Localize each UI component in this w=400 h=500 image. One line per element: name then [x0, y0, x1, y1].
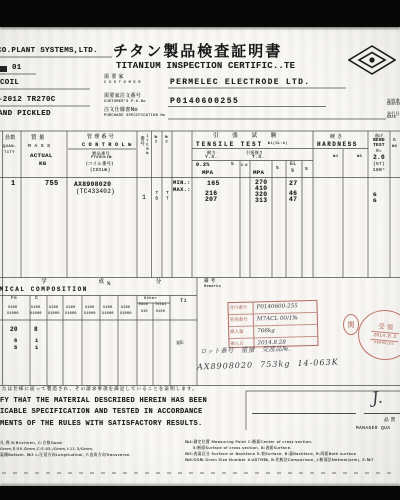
chem-ti-header: Ti — [180, 299, 187, 304]
chem-val-r1c0: 6 — [14, 339, 18, 344]
chem-col1-scale1: X100 — [31, 307, 40, 310]
po-label-en: CUSTOMER'S P.O.No — [104, 101, 146, 105]
title-english: TITANIUM INSPECTION CERTIFIC..TE — [116, 62, 295, 71]
chem-col4-scale2: X1000 — [84, 313, 96, 316]
chem-other-scale2: X100 — [156, 310, 165, 313]
chem-col6-scale1: X100 — [121, 307, 130, 310]
footnote-right-1: №4:測定位置 Measuring Point C:断面Center of cr… — [185, 440, 313, 444]
doc-number: 01 — [12, 65, 22, 73]
chem-col5-scale2: X1000 — [102, 313, 114, 316]
footnote-left-1: 凡.例 B:Brichnen, C:合格Good. — [0, 441, 63, 445]
certify-statement-line3: MENTS OF THE RULES WITH SATISFACTORY RES… — [0, 421, 203, 428]
direction-td: TD — [154, 191, 159, 202]
signer-title-jp: 品 質 — [384, 419, 396, 424]
manager-signature: J. — [371, 389, 383, 406]
quantity-header-jp: 員数 — [5, 136, 16, 141]
product-no-en: Product№ — [91, 157, 112, 161]
stamp-row-label: 受付番号 — [228, 303, 253, 315]
chem-col2-scale2: X1000 — [48, 313, 60, 316]
round-stamp-top-text: 受 領 — [378, 323, 394, 331]
quantity-header-en1: QUAN- — [3, 145, 17, 149]
customer-label-en: C U S T O M E R — [104, 82, 141, 86]
no6-header: №6 — [392, 146, 397, 150]
coil-no-value: (TC433402) — [76, 189, 115, 195]
tensile-header-en: TENSILE TEST — [196, 142, 263, 148]
item-no-header-jp: 番号 — [139, 136, 144, 146]
el-spec-value: 27 — [289, 181, 298, 188]
certificate-no-label-en: CERTIF — [387, 104, 400, 107]
finish-note: AND PICKLED — [0, 111, 51, 119]
maker-logo-icon — [348, 45, 396, 75]
stamp-row-label: 管理番号 — [229, 315, 254, 327]
chem-title-pct: % — [107, 281, 111, 287]
spec-code: -2012 TR270C — [0, 97, 56, 105]
signer-title-en: MANAGER QUA — [356, 427, 390, 431]
col-no2-header: №2 — [154, 136, 158, 145]
chem-col3-scale2: X1000 — [65, 313, 77, 316]
stamp-row-label: 搬入量 — [229, 326, 254, 338]
redaction-mark — [0, 66, 7, 72]
chem-col1-header: C — [35, 297, 38, 302]
letterbox-bottom — [0, 486, 400, 500]
ys-pct-header: % — [231, 163, 234, 167]
control-header-jp: 管 理 番 号 — [87, 135, 114, 140]
letterbox-top — [0, 0, 400, 27]
chem-col0-scale2: X1000 — [7, 313, 19, 316]
direction-tt: TT — [164, 191, 169, 202]
gcol-header: G — [393, 139, 396, 144]
hardness-no5: №5 — [357, 156, 362, 160]
chem-title-en: CHEMICAL COMPOSITION — [0, 287, 88, 293]
mass-header-en: M A S S — [28, 145, 50, 150]
remarks-label-en: Remarks — [204, 286, 221, 290]
control-header-en: C O N T R O L № — [82, 143, 132, 148]
chem-val-r2c1: 1 — [35, 346, 39, 351]
footnote-right-2: S:断面Surface of cross section, B:表面Surfac… — [193, 446, 292, 450]
ys-header-en: Y.S. — [205, 156, 218, 161]
mass-header-jp: 質 量 — [31, 136, 45, 142]
certify-statement-line2: ICABLE SPECIFICATION AND TESTED IN ACCOR… — [0, 409, 203, 416]
bend-header-en2: TEST — [368, 144, 390, 148]
certify-statement-line1: FY THAT THE MATERIAL DESCRIBED HEREIN HA… — [0, 398, 207, 405]
footnote-right-4: №6:GS№ Grain Size Number A:ASTM№, B:比較法C… — [185, 458, 374, 462]
chem-title-jp: 化 学 成 分 — [0, 280, 186, 286]
ts-tt-value: 313 — [255, 198, 267, 204]
receiving-stamp-table: 受付番号 P0140600-255 管理番号 M7ACL 00/1№ 搬入量 7… — [227, 300, 318, 348]
chem-col4-scale1: X100 — [85, 307, 94, 310]
pct3-header: % — [305, 168, 308, 173]
customer-value: PERMELEC ELECTRODE LTD. — [170, 79, 310, 87]
tensile-header-note: №1(GL:A) — [268, 143, 288, 147]
coil-no-en: (COIL№) — [90, 169, 111, 173]
footnote-right-3: №5:表裏区分 Surface or Backface S:表Surface, … — [185, 452, 356, 456]
chem-val-r0c0: 20 — [10, 327, 18, 333]
el-tt-value: 47 — [289, 197, 297, 203]
chem-col6-scale2: X1000 — [120, 313, 132, 316]
bend-thickness: (5T) — [368, 163, 390, 167]
chem-col5-scale1: X100 — [103, 307, 112, 310]
gw-header: G.W — [241, 164, 248, 167]
purchase-spec-label-en: PURCHASE SPECIFICATION No — [104, 115, 165, 119]
ys-sub-header: 0.2% — [196, 163, 210, 168]
bend-tt-value: G — [373, 198, 377, 204]
el-pct-header: % — [291, 169, 294, 174]
chem-each-header: Each — [139, 304, 148, 307]
chem-val-r1c1: 1 — [35, 339, 39, 344]
col-no3-header: №3 — [165, 136, 169, 145]
chem-total-header: Total — [155, 304, 167, 307]
ts-header-en: T.S. — [252, 156, 265, 161]
chem-col0-header: Fe — [11, 297, 17, 302]
po-label-jp: 需要家注文番号 — [104, 94, 141, 99]
coil-no-jp: (コイル番号) — [86, 163, 113, 167]
certify-statement-jp: たは仕様に従って製造され、その諸求事項を満足していることを証明します。 — [2, 388, 198, 393]
bend-radius-value: 2.0 — [368, 155, 390, 161]
ys-spec-value: 165 — [207, 181, 220, 188]
title-japanese: チタン製品検査証明書 — [113, 44, 282, 59]
chem-col3-scale1: X100 — [66, 307, 75, 310]
chem-val-r0c1: 8 — [34, 327, 38, 333]
hardness-header-jp: 硬 さ — [330, 135, 343, 140]
chem-side-note: 発E: — [176, 341, 185, 345]
bend-header-jp: 曲げ — [368, 134, 390, 138]
purchase-spec-label-jp: 注文仕様書No — [104, 108, 138, 113]
chem-val-r2c0: 5 — [14, 346, 18, 351]
footnote-left-3: 裏側Bottom. №3 L:圧延方向Longitudinal, T:直角方向T… — [0, 453, 131, 457]
customer-label-jp: 需 要 家 — [104, 75, 124, 80]
scanned-certificate: CO.PLANT SYSTEMS,LTD. 01 COIL -2012 TR27… — [0, 0, 400, 500]
product-form: COIL — [0, 80, 19, 88]
ts-unit-header: MPA — [253, 170, 264, 176]
spec-min-label: MIN.: — [173, 181, 191, 186]
tensile-header-jp: 引 張 試 験 — [213, 134, 282, 140]
quantity-value: 1 — [11, 181, 16, 188]
hardness-header-en: HARDNESS — [317, 142, 358, 148]
footnote-left-2: Gmm,S:50.Gmm,C:S.05./Gmm,I:11.3/Gmm, — [0, 447, 94, 451]
item-no-header-en: ITEM№ — [145, 135, 148, 157]
mass-value: 755 — [45, 181, 59, 188]
company-name: CO.PLANT SYSTEMS,LTD. — [0, 48, 98, 56]
quantity-header-en2: TITY — [4, 151, 15, 155]
round-stamp-bottom-text: PERMELEC — [374, 342, 395, 347]
te-pct-header: % — [276, 167, 279, 171]
name-seal-text: 関 — [348, 320, 355, 330]
stamp-row-value: 766kg — [254, 325, 317, 338]
spec-max-label: MAX.: — [173, 188, 191, 193]
ts-header-jp: 引張強さ — [246, 151, 263, 155]
issue-date-label-en: DATE — [387, 117, 396, 120]
el-header-en: EL — [290, 162, 297, 167]
chem-other-header: Other — [144, 298, 157, 302]
hardness-no4: №4 — [333, 156, 338, 160]
ys-unit-header: MPA — [202, 170, 213, 176]
chem-col0-scale1: X100 — [8, 307, 17, 310]
stamp-row-value: P0140600-255 — [253, 301, 316, 314]
ys-tt-value: 207 — [205, 197, 217, 203]
remarks-label-jp: 備 考 — [204, 280, 216, 285]
chem-col1-scale2: X1000 — [30, 313, 42, 316]
stamp-row-value: M7ACL 00/1№ — [254, 313, 317, 326]
po-value: P0140600255 — [170, 98, 239, 106]
chem-col2-scale1: X100 — [49, 307, 58, 310]
bend-angle: 180° — [368, 169, 390, 174]
control-no-value: AX8908020 — [74, 182, 111, 188]
mass-header-actual: ACTUAL — [30, 153, 53, 159]
chem-other-scale1: X10 — [141, 310, 148, 313]
item-no-value: 1 — [142, 195, 146, 202]
mass-header-kg: KG — [39, 161, 47, 167]
name-seal-stamp: 関 — [343, 314, 359, 335]
